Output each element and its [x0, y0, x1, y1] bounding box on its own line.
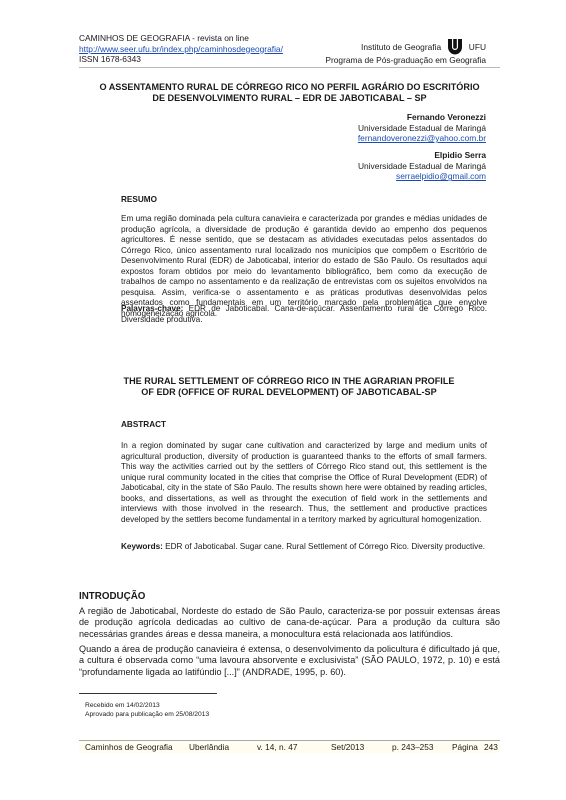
author-name: Fernando Veronezzi [358, 112, 486, 123]
footer-page-number: 243 [484, 741, 498, 753]
section-heading-introduction: INTRODUÇÃO [79, 591, 145, 602]
article-title-en: THE RURAL SETTLEMENT OF CÓRREGO RICO IN … [90, 376, 488, 399]
author-affiliation: Universidade Estadual de Maringá [358, 161, 486, 172]
author-affiliation: Universidade Estadual de Maringá [358, 123, 486, 134]
journal-name: CAMINHOS DE GEOGRAFIA - revista on line [79, 33, 283, 44]
footnote-divider [79, 693, 217, 694]
footer-volume: v. 14, n. 47 [257, 741, 297, 753]
author-name: Elpidio Serra [358, 150, 486, 161]
title-en-line-1: THE RURAL SETTLEMENT OF CÓRREGO RICO IN … [90, 376, 488, 387]
university-acronym: UFU [469, 42, 486, 52]
keywords-label: Palavras-chave: [121, 304, 183, 313]
resumo-heading: RESUMO [121, 195, 487, 206]
footnote: Recebido em 14/02/2013 Aprovado para pub… [85, 702, 209, 720]
journal-url-link[interactable]: http://www.seer.ufu.br/index.php/caminho… [79, 44, 283, 54]
author-block: Elpidio Serra Universidade Estadual de M… [358, 150, 486, 182]
author-email-link[interactable]: fernandoveronezzi@yahoo.com.br [358, 133, 486, 143]
keywords-label: Keywords: [121, 542, 163, 551]
footer-pages: p. 243–253 [392, 741, 434, 753]
body-paragraph: Quando a área de produção canavieira é e… [79, 644, 500, 678]
title-pt-line-2: DE DESENVOLVIMENTO RURAL – EDR DE JABOTI… [79, 93, 500, 104]
title-en-line-2: OF EDR (OFFICE OF RURAL DEVELOPMENT) OF … [90, 387, 488, 398]
journal-header: CAMINHOS DE GEOGRAFIA - revista on line … [79, 33, 283, 65]
abstract-text: In a region dominated by sugar cane cult… [121, 441, 487, 525]
author-email-link[interactable]: serraelpidio@gmail.com [396, 171, 486, 181]
abstract-keywords: Keywords: EDR of Jaboticabal. Sugar cane… [121, 542, 487, 553]
ufu-logo-icon [447, 38, 463, 55]
title-pt-line-1: O ASSENTAMENTO RURAL DE CÓRREGO RICO NO … [79, 82, 500, 93]
keywords-text: EDR of Jaboticabal. Sugar cane. Rural Se… [165, 542, 485, 551]
received-date: Recebido em 14/02/2013 [85, 702, 209, 711]
footer-page-label: Página [452, 741, 478, 753]
approved-date: Aprovado para publicação em 25/08/2013 [85, 711, 209, 720]
footer-journal: Caminhos de Geografia [85, 741, 173, 753]
article-title-pt: O ASSENTAMENTO RURAL DE CÓRREGO RICO NO … [79, 82, 500, 105]
body-paragraph: A região de Jaboticabal, Nordeste do est… [79, 606, 500, 640]
page-footer: Caminhos de Geografia Uberlândia v. 14, … [79, 740, 500, 753]
issn: ISSN 1678-6343 [79, 54, 283, 65]
institution-header: Instituto de Geografia UFU Programa de P… [325, 38, 486, 66]
header-divider [79, 67, 500, 68]
institute-name: Instituto de Geografia [361, 42, 441, 52]
author-block: Fernando Veronezzi Universidade Estadual… [358, 112, 486, 144]
resumo-keywords: Palavras-chave: EDR de Jaboticabal. Cana… [121, 304, 487, 325]
program-name: Programa de Pós-graduação em Geografia [325, 55, 486, 66]
footer-date: Set/2013 [331, 741, 364, 753]
footer-city: Uberlândia [189, 741, 229, 753]
abstract-heading: ABSTRACT [121, 420, 487, 431]
